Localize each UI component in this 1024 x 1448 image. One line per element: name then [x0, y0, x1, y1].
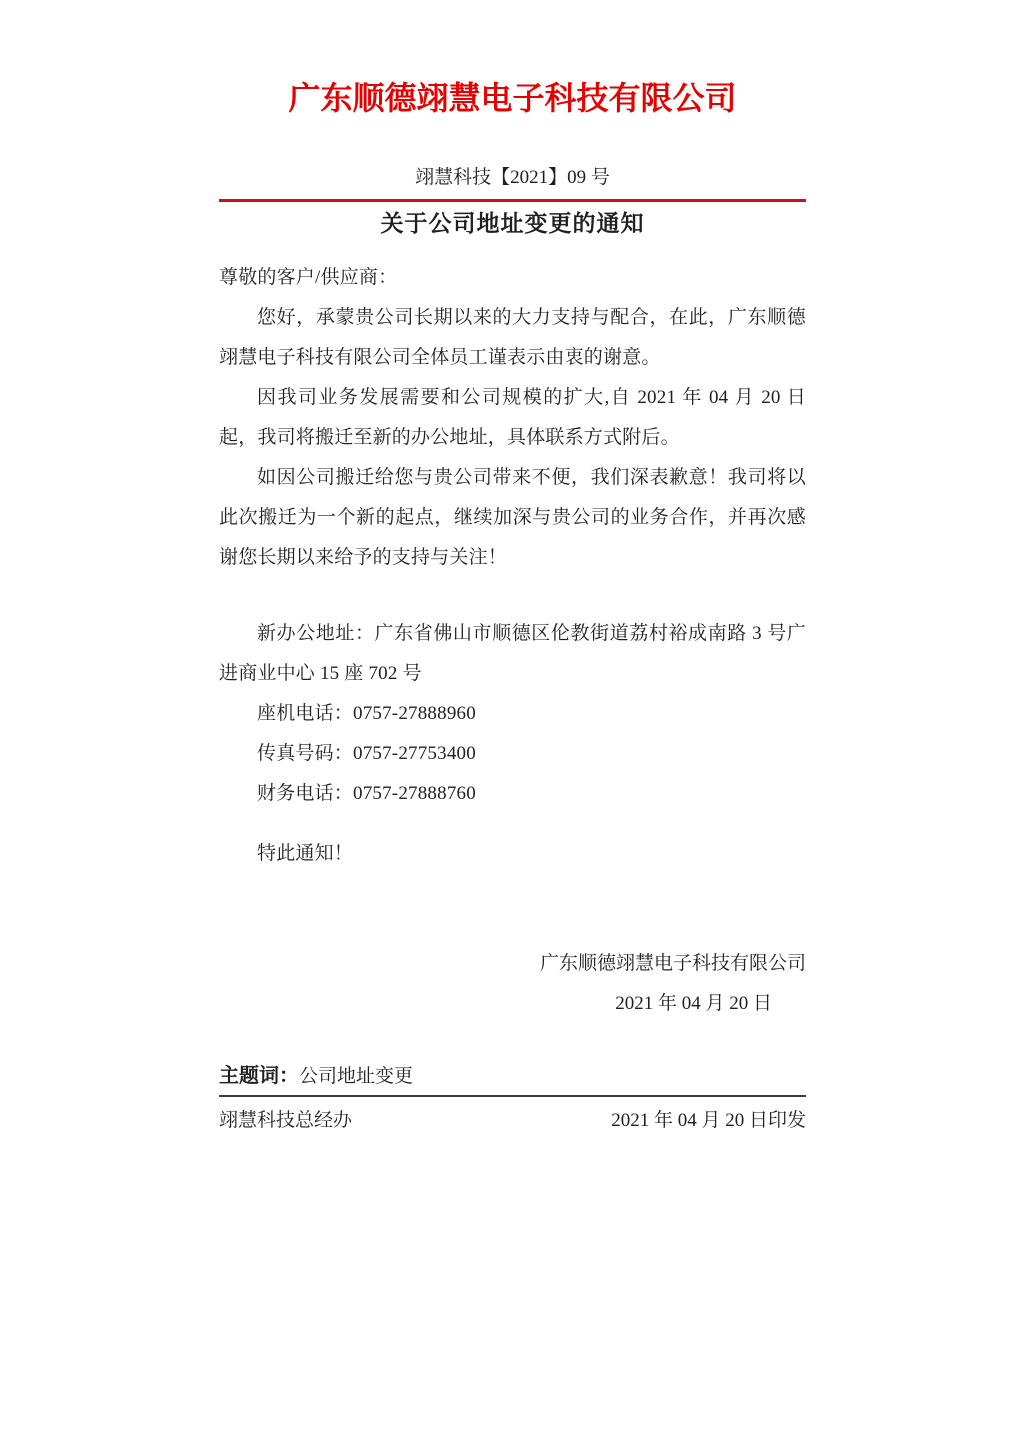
notice-title: 关于公司地址变更的通知 [219, 210, 806, 238]
fax-number: 传真号码：0757-27753400 [219, 734, 806, 774]
salutation: 尊敬的客户/供应商： [219, 258, 806, 298]
document-content: 广东顺德翊慧电子科技有限公司 翊慧科技【2021】09 号 关于公司地址变更的通… [219, 0, 806, 1137]
finance-phone: 财务电话：0757-27888760 [219, 774, 806, 814]
footer-issuer: 翊慧科技总经办 [219, 1105, 352, 1137]
body-paragraph-relocation: 因我司业务发展需要和公司规模的扩大,自 2021 年 04 月 20 日起，我司… [219, 378, 806, 458]
new-office-address: 新办公地址：广东省佛山市顺德区伦教街道荔村裕成南路 3 号广进商业中心 15 座… [219, 614, 806, 694]
company-name-header: 广东顺德翊慧电子科技有限公司 [219, 80, 806, 116]
signature-date: 2021 年 04 月 20 日 [219, 984, 806, 1024]
body-paragraph-thanks: 您好，承蒙贵公司长期以来的大力支持与配合，在此，广东顺德翊慧电子科技有限公司全体… [219, 298, 806, 378]
closing-note: 特此通知！ [219, 834, 806, 874]
document-number: 翊慧科技【2021】09 号 [219, 166, 806, 190]
signature-block: 广东顺德翊慧电子科技有限公司 2021 年 04 月 20 日 [219, 944, 806, 1024]
contact-block: 新办公地址：广东省佛山市顺德区伦教街道荔村裕成南路 3 号广进商业中心 15 座… [219, 614, 806, 814]
notice-document: 广东顺德翊慧电子科技有限公司 翊慧科技【2021】09 号 关于公司地址变更的通… [0, 0, 1024, 1448]
notice-body: 尊敬的客户/供应商： 您好，承蒙贵公司长期以来的大力支持与配合，在此，广东顺德翊… [219, 258, 806, 874]
red-divider-line [219, 199, 806, 202]
subject-row: 主题词：公司地址变更 [219, 1060, 806, 1093]
footer-divider-line [219, 1095, 806, 1097]
subject-value: 公司地址变更 [299, 1066, 413, 1087]
body-paragraph-apology: 如因公司搬迁给您与贵公司带来不便，我们深表歉意！我司将以此次搬迁为一个新的起点，… [219, 458, 806, 578]
landline-phone: 座机电话：0757-27888960 [219, 694, 806, 734]
footer-print-date: 2021 年 04 月 20 日印发 [611, 1105, 806, 1137]
signature-company: 广东顺德翊慧电子科技有限公司 [219, 944, 806, 984]
footer-row: 翊慧科技总经办 2021 年 04 月 20 日印发 [219, 1105, 806, 1137]
subject-label: 主题词： [219, 1065, 299, 1087]
